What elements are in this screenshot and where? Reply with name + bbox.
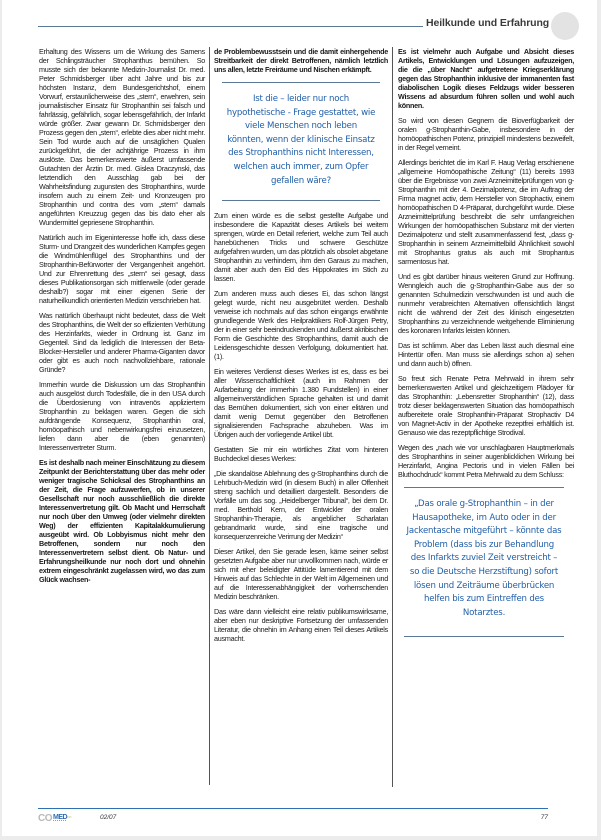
logo-co: CO xyxy=(38,813,52,824)
comed-logo: COMED··· xyxy=(38,813,72,824)
pullquote: Ist die – leider nur noch hypothetische … xyxy=(222,82,380,201)
quotation: „Die skandalöse Ablehnung des g-Strophan… xyxy=(214,469,388,541)
paragraph: Wegen des „nach wie vor unschlagbaren Ha… xyxy=(398,443,574,479)
paragraph: So freut sich Renate Petra Mehrwald in i… xyxy=(398,374,574,437)
page-header: Heilkunde und Erfahrung xyxy=(38,12,590,42)
section-title: Heilkunde und Erfahrung xyxy=(426,17,549,29)
column-3: Es ist vielmehr auch Aufgabe und Absicht… xyxy=(398,47,574,637)
paragraph: Immerhin wurde die Diskussion um das Str… xyxy=(39,380,205,452)
paragraph: Natürlich auch im Eigeninteresse hoffe i… xyxy=(39,233,205,305)
paragraph: Das ist schlimm. Aber das Leben lässt au… xyxy=(398,341,574,368)
paragraph: Zum anderen muss auch dieses Ei, das sch… xyxy=(214,289,388,361)
logo-med: MED xyxy=(53,814,67,821)
paragraph: So wird von diesen Gegnern die Bioverfüg… xyxy=(398,116,574,152)
page-number: 77 xyxy=(541,814,548,821)
bold-paragraph: Es ist deshalb nach meiner Einschätzung … xyxy=(39,458,205,584)
paragraph: Dieser Artikel, den Sie gerade lesen, kä… xyxy=(214,547,388,601)
paragraph: Ein weiteres Verdienst dieses Werkes ist… xyxy=(214,367,388,439)
paragraph: Erhaltung des Wissens um die Wirkung des… xyxy=(39,47,205,227)
bold-paragraph: de Problembewusstsein und die damit einh… xyxy=(214,47,388,74)
column-1: Erhaltung des Wissens um die Wirkung des… xyxy=(39,47,205,590)
paragraph: Zum einen würde es die selbst gestellte … xyxy=(214,211,388,283)
issue-number: 02/07 xyxy=(100,814,116,821)
paragraph: Gestatten Sie mir ein wörtliches Zitat v… xyxy=(214,445,388,463)
header-rule xyxy=(38,26,423,27)
paragraph: Was natürlich überhaupt nicht bedeutet, … xyxy=(39,311,205,374)
header-circle-ornament xyxy=(551,12,579,40)
paragraph: Das wäre dann vielleicht eine relativ pu… xyxy=(214,607,388,643)
page-footer: COMED··· 02/07 77 xyxy=(38,808,548,828)
paragraph: Allerdings berichtet die im Karl F. Haug… xyxy=(398,158,574,266)
pullquote: „Das orale g-Strophanthin – in der Hausa… xyxy=(404,487,564,637)
column-2: de Problembewusstsein und die damit einh… xyxy=(214,47,388,649)
paragraph: Und es gibt darüber hinaus weiteren Grun… xyxy=(398,272,574,335)
column-divider xyxy=(392,47,393,787)
column-divider xyxy=(209,47,210,785)
magazine-page: Heilkunde und Erfahrung Erhaltung des Wi… xyxy=(2,0,597,836)
logo-dots-icon: ··· xyxy=(67,815,72,821)
bold-paragraph: Es ist vielmehr auch Aufgabe und Absicht… xyxy=(398,47,574,110)
footer-rule xyxy=(38,808,548,809)
